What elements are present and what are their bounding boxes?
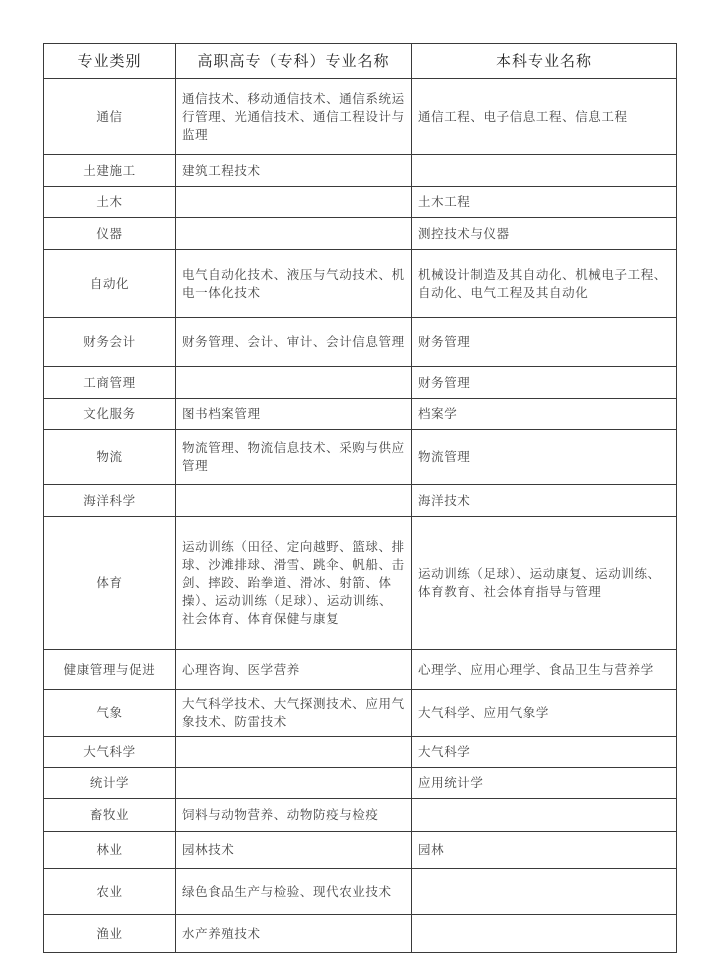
zhuanke-cell: 心理咨询、医学营养 [176, 650, 412, 690]
document-page: 专业类别 高职高专（专科）专业名称 本科专业名称 通信通信技术、移动通信技术、通… [43, 43, 676, 953]
benke-cell: 大气科学 [412, 737, 677, 768]
table-body: 通信通信技术、移动通信技术、通信系统运行管理、光通信技术、通信工程设计与监理通信… [44, 79, 677, 953]
benke-cell: 大气科学、应用气象学 [412, 690, 677, 737]
benke-cell: 财务管理 [412, 318, 677, 367]
benke-cell [412, 799, 677, 832]
table-row: 农业绿色食品生产与检验、现代农业技术 [44, 869, 677, 915]
zhuanke-cell [176, 737, 412, 768]
zhuanke-cell: 物流管理、物流信息技术、采购与供应管理 [176, 430, 412, 485]
category-cell: 文化服务 [44, 399, 176, 430]
header-benke: 本科专业名称 [412, 44, 677, 79]
benke-cell [412, 155, 677, 187]
zhuanke-cell: 图书档案管理 [176, 399, 412, 430]
category-cell: 气象 [44, 690, 176, 737]
table-row: 健康管理与促进心理咨询、医学营养心理学、应用心理学、食品卫生与营养学 [44, 650, 677, 690]
category-cell: 通信 [44, 79, 176, 155]
benke-cell: 通信工程、电子信息工程、信息工程 [412, 79, 677, 155]
category-cell: 统计学 [44, 768, 176, 799]
header-zhuanke: 高职高专（专科）专业名称 [176, 44, 412, 79]
zhuanke-cell: 绿色食品生产与检验、现代农业技术 [176, 869, 412, 915]
category-cell: 物流 [44, 430, 176, 485]
zhuanke-cell [176, 367, 412, 399]
zhuanke-cell [176, 485, 412, 517]
benke-cell: 园林 [412, 832, 677, 869]
table-row: 文化服务图书档案管理档案学 [44, 399, 677, 430]
table-row: 体育运动训练（田径、定向越野、篮球、排球、沙滩排球、滑雪、跳伞、帆船、击剑、摔跤… [44, 517, 677, 650]
category-cell: 畜牧业 [44, 799, 176, 832]
category-cell: 土木 [44, 187, 176, 218]
table-row: 海洋科学海洋技术 [44, 485, 677, 517]
table-row: 气象大气科学技术、大气探测技术、应用气象技术、防雷技术大气科学、应用气象学 [44, 690, 677, 737]
category-cell: 土建施工 [44, 155, 176, 187]
zhuanke-cell: 建筑工程技术 [176, 155, 412, 187]
benke-cell [412, 869, 677, 915]
category-cell: 林业 [44, 832, 176, 869]
table-row: 自动化电气自动化技术、液压与气动技术、机电一体化技术机械设计制造及其自动化、机械… [44, 250, 677, 318]
table-row: 工商管理财务管理 [44, 367, 677, 399]
benke-cell: 测控技术与仪器 [412, 218, 677, 250]
benke-cell: 心理学、应用心理学、食品卫生与营养学 [412, 650, 677, 690]
table-row: 统计学应用统计学 [44, 768, 677, 799]
zhuanke-cell: 饲料与动物营养、动物防疫与检疫 [176, 799, 412, 832]
benke-cell: 档案学 [412, 399, 677, 430]
header-category: 专业类别 [44, 44, 176, 79]
zhuanke-cell [176, 218, 412, 250]
benke-cell: 土木工程 [412, 187, 677, 218]
category-cell: 海洋科学 [44, 485, 176, 517]
category-cell: 仪器 [44, 218, 176, 250]
zhuanke-cell [176, 187, 412, 218]
zhuanke-cell: 运动训练（田径、定向越野、篮球、排球、沙滩排球、滑雪、跳伞、帆船、击剑、摔跤、跆… [176, 517, 412, 650]
table-row: 大气科学大气科学 [44, 737, 677, 768]
category-cell: 渔业 [44, 915, 176, 953]
benke-cell: 机械设计制造及其自动化、机械电子工程、自动化、电气工程及其自动化 [412, 250, 677, 318]
zhuanke-cell: 电气自动化技术、液压与气动技术、机电一体化技术 [176, 250, 412, 318]
majors-mapping-table: 专业类别 高职高专（专科）专业名称 本科专业名称 通信通信技术、移动通信技术、通… [43, 43, 677, 953]
table-row: 物流物流管理、物流信息技术、采购与供应管理物流管理 [44, 430, 677, 485]
zhuanke-cell: 通信技术、移动通信技术、通信系统运行管理、光通信技术、通信工程设计与监理 [176, 79, 412, 155]
category-cell: 体育 [44, 517, 176, 650]
zhuanke-cell: 大气科学技术、大气探测技术、应用气象技术、防雷技术 [176, 690, 412, 737]
benke-cell: 海洋技术 [412, 485, 677, 517]
table-row: 通信通信技术、移动通信技术、通信系统运行管理、光通信技术、通信工程设计与监理通信… [44, 79, 677, 155]
category-cell: 工商管理 [44, 367, 176, 399]
benke-cell: 应用统计学 [412, 768, 677, 799]
zhuanke-cell: 水产养殖技术 [176, 915, 412, 953]
zhuanke-cell: 财务管理、会计、审计、会计信息管理 [176, 318, 412, 367]
zhuanke-cell [176, 768, 412, 799]
table-row: 林业园林技术园林 [44, 832, 677, 869]
table-row: 畜牧业饲料与动物营养、动物防疫与检疫 [44, 799, 677, 832]
table-row: 渔业水产养殖技术 [44, 915, 677, 953]
table-row: 仪器测控技术与仪器 [44, 218, 677, 250]
table-row: 土木土木工程 [44, 187, 677, 218]
table-row: 财务会计财务管理、会计、审计、会计信息管理财务管理 [44, 318, 677, 367]
table-row: 土建施工建筑工程技术 [44, 155, 677, 187]
category-cell: 健康管理与促进 [44, 650, 176, 690]
category-cell: 大气科学 [44, 737, 176, 768]
category-cell: 农业 [44, 869, 176, 915]
benke-cell [412, 915, 677, 953]
zhuanke-cell: 园林技术 [176, 832, 412, 869]
benke-cell: 运动训练（足球）、运动康复、运动训练、体育教育、社会体育指导与管理 [412, 517, 677, 650]
benke-cell: 财务管理 [412, 367, 677, 399]
benke-cell: 物流管理 [412, 430, 677, 485]
category-cell: 自动化 [44, 250, 176, 318]
table-header-row: 专业类别 高职高专（专科）专业名称 本科专业名称 [44, 44, 677, 79]
category-cell: 财务会计 [44, 318, 176, 367]
